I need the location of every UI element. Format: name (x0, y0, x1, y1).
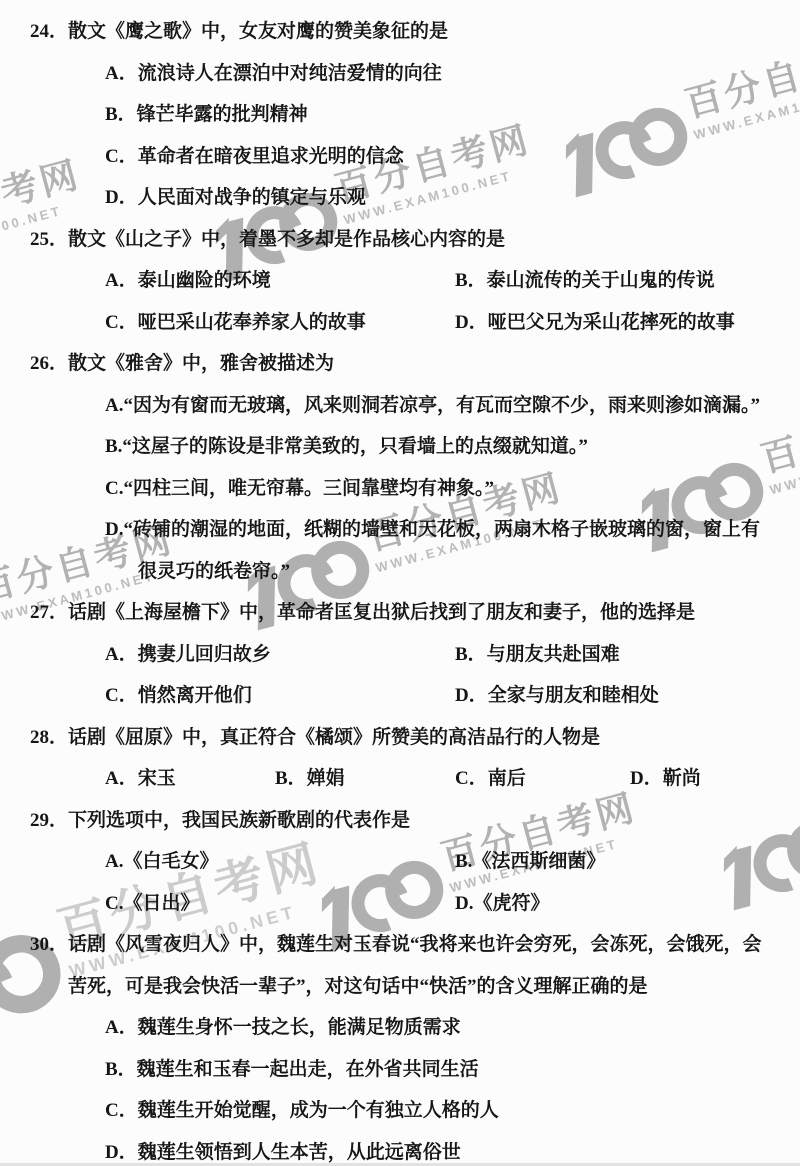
option-a: A．泰山幽险的环境 (105, 260, 455, 302)
question-number: 29． (30, 800, 68, 842)
question-number: 24． (30, 11, 68, 53)
question-29: 29． 下列选项中，我国民族新歌剧的代表作是 A.《白毛女》 B.《法西斯细菌》… (30, 800, 778, 925)
question-stem: 26． 散文《雅舍》中，雅舍被描述为 (30, 343, 778, 385)
question-text: 散文《鹰之歌》中，女友对鹰的赞美象征的是 (68, 11, 778, 53)
option-d: D.《虎符》 (455, 883, 549, 925)
option-b: B．锋芒毕露的批判精神 (105, 94, 778, 136)
question-stem: 28． 话剧《屈原》中，真正符合《橘颂》所赞美的高洁品行的人物是 (30, 717, 778, 759)
option-d: D．靳尚 (630, 758, 701, 800)
option-a: A.《白毛女》 (105, 841, 455, 883)
option-d: D．哑巴父兄为采山花摔死的故事 (455, 302, 735, 344)
question-text: 下列选项中，我国民族新歌剧的代表作是 (68, 800, 778, 842)
option-b: B.《法西斯细菌》 (455, 841, 605, 883)
option-c: C．哑巴采山花奉养家人的故事 (105, 302, 455, 344)
question-30: 30． 话剧《风雪夜归人》中，魏莲生对玉春说“我将来也许会穷死，会冻死，会饿死，… (30, 924, 778, 1166)
option-d: D．人民面对战争的镇定与乐观 (105, 177, 778, 219)
question-number: 28． (30, 717, 68, 759)
option-c: C．魏莲生开始觉醒，成为一个有独立人格的人 (105, 1090, 778, 1132)
question-number: 30． (30, 924, 68, 966)
option-a: A．携妻儿回归故乡 (105, 634, 455, 676)
question-stem: 24． 散文《鹰之歌》中，女友对鹰的赞美象征的是 (30, 11, 778, 53)
question-25: 25． 散文《山之子》中，着墨不多却是作品核心内容的是 A．泰山幽险的环境 B．… (30, 219, 778, 344)
question-text: 话剧《上海屋檐下》中，革命者匡复出狱后找到了朋友和妻子，他的选择是 (68, 592, 778, 634)
question-text: 话剧《屈原》中，真正符合《橘颂》所赞美的高洁品行的人物是 (68, 717, 778, 759)
question-stem: 25． 散文《山之子》中，着墨不多却是作品核心内容的是 (30, 219, 778, 261)
option-c: C．悄然离开他们 (105, 675, 455, 717)
option-b: B．婵娟 (275, 758, 455, 800)
option-c: C.《日出》 (105, 883, 455, 925)
question-stem: 30． 话剧《风雪夜归人》中，魏莲生对玉春说“我将来也许会穷死，会冻死，会饿死，… (30, 924, 778, 1007)
question-26: 26． 散文《雅舍》中，雅舍被描述为 A.“因为有窗而无玻璃，风来则洞若凉亭，有… (30, 343, 778, 592)
option-c: C.“四柱三间，唯无帘幕。三间靠壁均有神象。” (105, 468, 778, 510)
question-stem: 29． 下列选项中，我国民族新歌剧的代表作是 (30, 800, 778, 842)
question-text: 散文《雅舍》中，雅舍被描述为 (68, 343, 778, 385)
option-a: A．魏莲生身怀一技之长，能满足物质需求 (105, 1007, 778, 1049)
option-b: B.“这屋子的陈设是非常美致的，只看墙上的点缀就知道。” (105, 426, 778, 468)
question-number: 27． (30, 592, 68, 634)
question-number: 26． (30, 343, 68, 385)
question-number: 25． (30, 219, 68, 261)
question-text: 散文《山之子》中，着墨不多却是作品核心内容的是 (68, 219, 778, 261)
option-c: C．革命者在暗夜里追求光明的信念 (105, 136, 778, 178)
option-b: B．与朋友共赴国难 (455, 634, 620, 676)
question-text: 话剧《风雪夜归人》中，魏莲生对玉春说“我将来也许会穷死，会冻死，会饿死，会苦死，… (68, 924, 778, 1007)
option-a: A．流浪诗人在漂泊中对纯洁爱情的向往 (105, 53, 778, 95)
question-stem: 27． 话剧《上海屋檐下》中，革命者匡复出狱后找到了朋友和妻子，他的选择是 (30, 592, 778, 634)
option-c: C．南后 (455, 758, 630, 800)
option-a: A.“因为有窗而无玻璃，风来则洞若凉亭，有瓦而空隙不少，雨来则渗如滴漏。” (105, 385, 778, 427)
question-28: 28． 话剧《屈原》中，真正符合《橘颂》所赞美的高洁品行的人物是 A．宋玉 B．… (30, 717, 778, 800)
option-d: D．全家与朋友和睦相处 (455, 675, 659, 717)
question-27: 27． 话剧《上海屋檐下》中，革命者匡复出狱后找到了朋友和妻子，他的选择是 A．… (30, 592, 778, 717)
option-b: B．魏莲生和玉春一起出走，在外省共同生活 (105, 1049, 778, 1091)
option-b: B．泰山流传的关于山鬼的传说 (455, 260, 715, 302)
option-d: D．魏莲生领悟到人生本苦，从此远离俗世 (105, 1132, 778, 1166)
option-a: A．宋玉 (105, 758, 275, 800)
option-d: D.“砖铺的潮湿的地面，纸糊的墙壁和天花板，两扇木格子嵌玻璃的窗，窗上有很灵巧的… (105, 509, 778, 592)
question-24: 24． 散文《鹰之歌》中，女友对鹰的赞美象征的是 A．流浪诗人在漂泊中对纯洁爱情… (30, 11, 778, 219)
exam-question-list: 24． 散文《鹰之歌》中，女友对鹰的赞美象征的是 A．流浪诗人在漂泊中对纯洁爱情… (0, 0, 800, 1166)
